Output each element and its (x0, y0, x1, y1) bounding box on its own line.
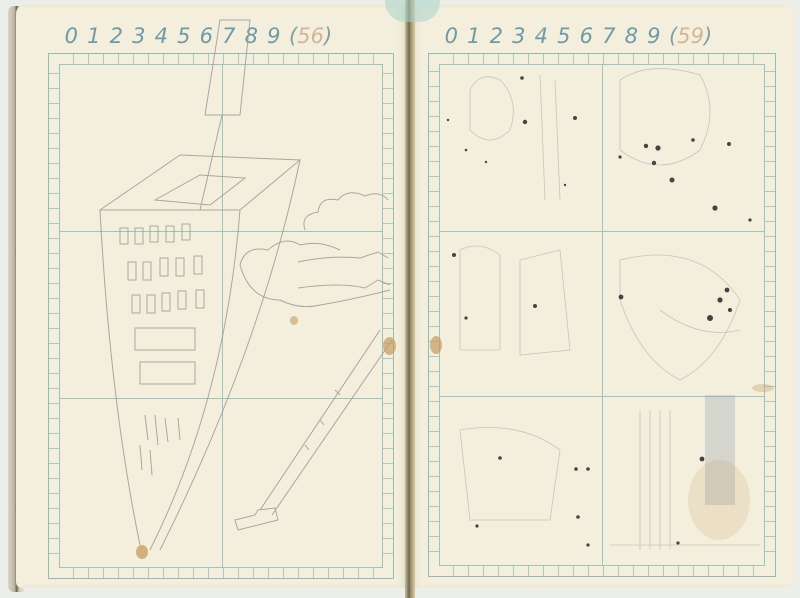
stain (383, 337, 396, 355)
right-pencil-sketch (0, 0, 800, 598)
stain (290, 316, 298, 325)
notebook-photo: 0 1 2 3 4 5 6 7 8 9 (56) 0 1 2 3 4 5 6 7… (0, 0, 800, 598)
stain (136, 545, 148, 559)
water-stain (688, 460, 750, 540)
stain (752, 384, 774, 392)
stain (430, 336, 442, 354)
